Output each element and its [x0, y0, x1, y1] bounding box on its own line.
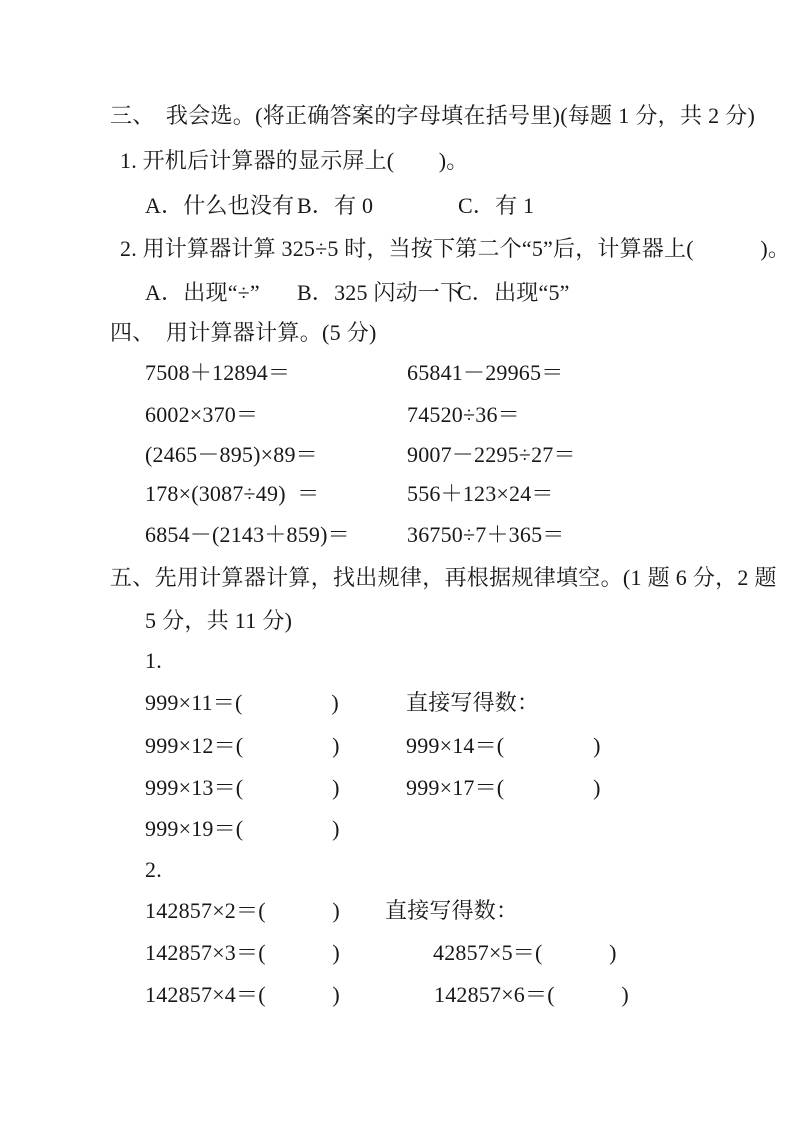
calc-expression-row1-left: 7508＋12894＝ — [145, 360, 290, 385]
calc-expression-row4-right: 556＋123×24＝ — [407, 481, 554, 506]
pattern1-column-header: 直接写得数： — [406, 690, 539, 715]
calc-expression-row3-left: (2465－895)×89＝ — [145, 442, 318, 467]
part-2-label: 2. — [145, 857, 162, 882]
calc-expression-row1-right: 65841－29965＝ — [407, 360, 563, 385]
part-1-label: 1. — [145, 648, 162, 673]
pattern1-row3-left: 999×13＝( ) — [145, 775, 340, 800]
question-1-option-a: A．什么也没有 — [145, 193, 294, 218]
pattern2-column-header: 直接写得数： — [385, 898, 518, 923]
worksheet-page: 三、 我会选。(将正确答案的字母填在括号里)(每题 1 分，共 2 分) 1. … — [0, 0, 793, 1122]
calc-expression-row2-left: 6002×370＝ — [145, 402, 258, 427]
question-1-text: 1. 开机后计算器的显示屏上( )。 — [120, 148, 468, 173]
pattern2-row2-right: 42857×5＝( ) — [433, 940, 617, 965]
calc-expression-row5-left: 6854－(2143＋859)＝ — [145, 522, 350, 547]
question-2-text: 2. 用计算器计算 325÷5 时，当按下第二个“5”后，计算器上( )。 — [120, 236, 790, 261]
pattern2-row2-left: 142857×3＝( ) — [145, 940, 340, 965]
question-2-option-b: B．325 闪动一下 — [297, 280, 462, 305]
question-1-option-c: C．有 1 — [458, 193, 534, 218]
pattern1-row2-left: 999×12＝( ) — [145, 733, 340, 758]
section-three-heading: 三、 我会选。(将正确答案的字母填在括号里)(每题 1 分，共 2 分) — [110, 103, 755, 128]
question-2-option-c: C．出现“5” — [457, 280, 570, 305]
calc-expression-row4-left: 178×(3087÷49) ＝ — [145, 481, 319, 506]
calc-expression-row2-right: 74520÷36＝ — [407, 402, 520, 427]
section-four-heading: 四、 用计算器计算。(5 分) — [110, 320, 377, 345]
pattern1-row1-left: 999×11＝( ) — [145, 690, 339, 715]
question-1-option-b: B．有 0 — [297, 193, 373, 218]
pattern2-row3-left: 142857×4＝( ) — [145, 982, 340, 1007]
question-2-option-a: A．出现“÷” — [145, 280, 260, 305]
calc-expression-row5-right: 36750÷7＋365＝ — [407, 522, 564, 547]
pattern1-row4-left: 999×19＝( ) — [145, 816, 340, 841]
pattern2-row3-right: 142857×6＝( ) — [434, 982, 629, 1007]
calc-expression-row3-right: 9007－2295÷27＝ — [407, 442, 576, 467]
section-five-heading-line2: 5 分，共 11 分) — [145, 608, 292, 633]
section-five-heading-line1: 五、先用计算器计算，找出规律，再根据规律填空。(1 题 6 分，2 题 — [110, 565, 777, 590]
pattern1-row2-right: 999×14＝( ) — [406, 733, 601, 758]
pattern1-row3-right: 999×17＝( ) — [406, 775, 601, 800]
pattern2-row1-left: 142857×2＝( ) — [145, 898, 340, 923]
